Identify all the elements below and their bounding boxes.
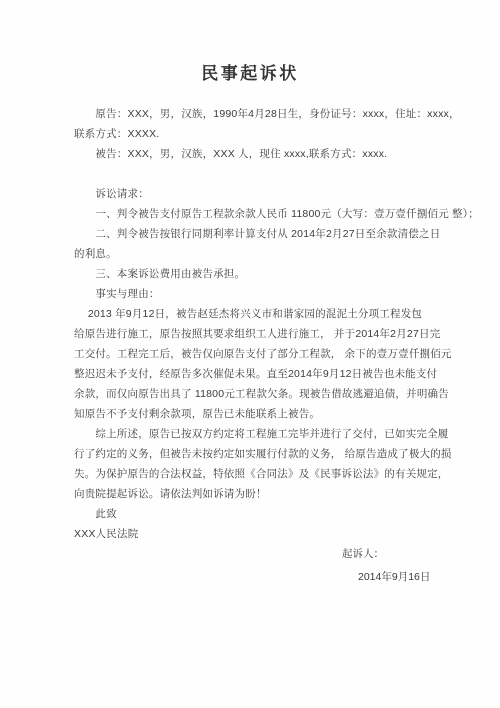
document-title: 民事起诉状: [0, 62, 500, 86]
document-body: 原告：XXX，男，汉族，1990年4月28日生，身份证号：xxxx，住址：xxx…: [74, 104, 474, 544]
document-line: 失。为保护原告的合法权益，特依照《合同法》及《民事诉讼法》的有关规定，: [74, 464, 474, 484]
document-line: 二、判令被告按银行同期利率计算支付从 2014年2月27日至余款清偿之日: [74, 224, 474, 244]
document-line: 诉讼请求：: [74, 184, 474, 204]
document-line: 的利息。: [74, 244, 474, 264]
document-line: 行了约定的义务，但被告未按约定如实履行付款的义务， 给原告造成了极大的损: [74, 444, 474, 464]
document-line: 余款，而仅向原告出具了 11800元工程款欠条。现被告借故逃避追债，并明确告: [74, 384, 474, 404]
document-line: 综上所述，原告已按双方约定将工程施工完毕并进行了交付，已如实完全履: [74, 424, 474, 444]
document-line: 整迟迟未予支付，经原告多次催促未果。直至2014年9月12日被告也未能支付: [74, 364, 474, 384]
document-line: 被告：XXX，男，汉族，XXX 人，现住 xxxx,联系方式：xxxx.: [74, 144, 474, 164]
document-line: 知原告不予支付剩余款项，原告已未能联系上被告。: [74, 404, 474, 424]
document-line: 给原告进行施工，原告按照其要求组织工人进行施工， 并于2014年2月27日完: [74, 324, 474, 344]
signature-block: 起诉人： 2014年9月16日: [342, 544, 430, 587]
document-line: 原告：XXX，男，汉族，1990年4月28日生，身份证号：xxxx，住址：xxx…: [74, 104, 474, 124]
signature-date: 2014年9月16日: [358, 567, 430, 587]
document-line: [74, 164, 474, 184]
document-line: XXX人民法院: [74, 524, 474, 544]
document-line: 工交付。工程完工后，被告仅向原告支付了部分工程款， 余下的壹万壹仟捌佰元: [74, 344, 474, 364]
document-line: 事实与理由：: [74, 284, 474, 304]
document-line: 联系方式：XXXX.: [74, 124, 474, 144]
document-line: 三、本案诉讼费用由被告承担。: [74, 264, 474, 284]
document-line: 向贵院提起诉讼。请依法判如诉请为盼！: [74, 484, 474, 504]
document-line: 此致: [74, 504, 474, 524]
signature-label: 起诉人：: [342, 544, 430, 564]
document-line: 2013 年9月12日，被告赵廷杰将兴义市和谐家园的混泥土分项工程发包: [74, 304, 474, 324]
document-page: 民事起诉状 原告：XXX，男，汉族，1990年4月28日生，身份证号：xxxx，…: [0, 0, 500, 708]
document-line: 一、判令被告支付原告工程款余款人民币 11800元（大写：壹万壹仟捌佰元 整）；: [74, 204, 474, 224]
